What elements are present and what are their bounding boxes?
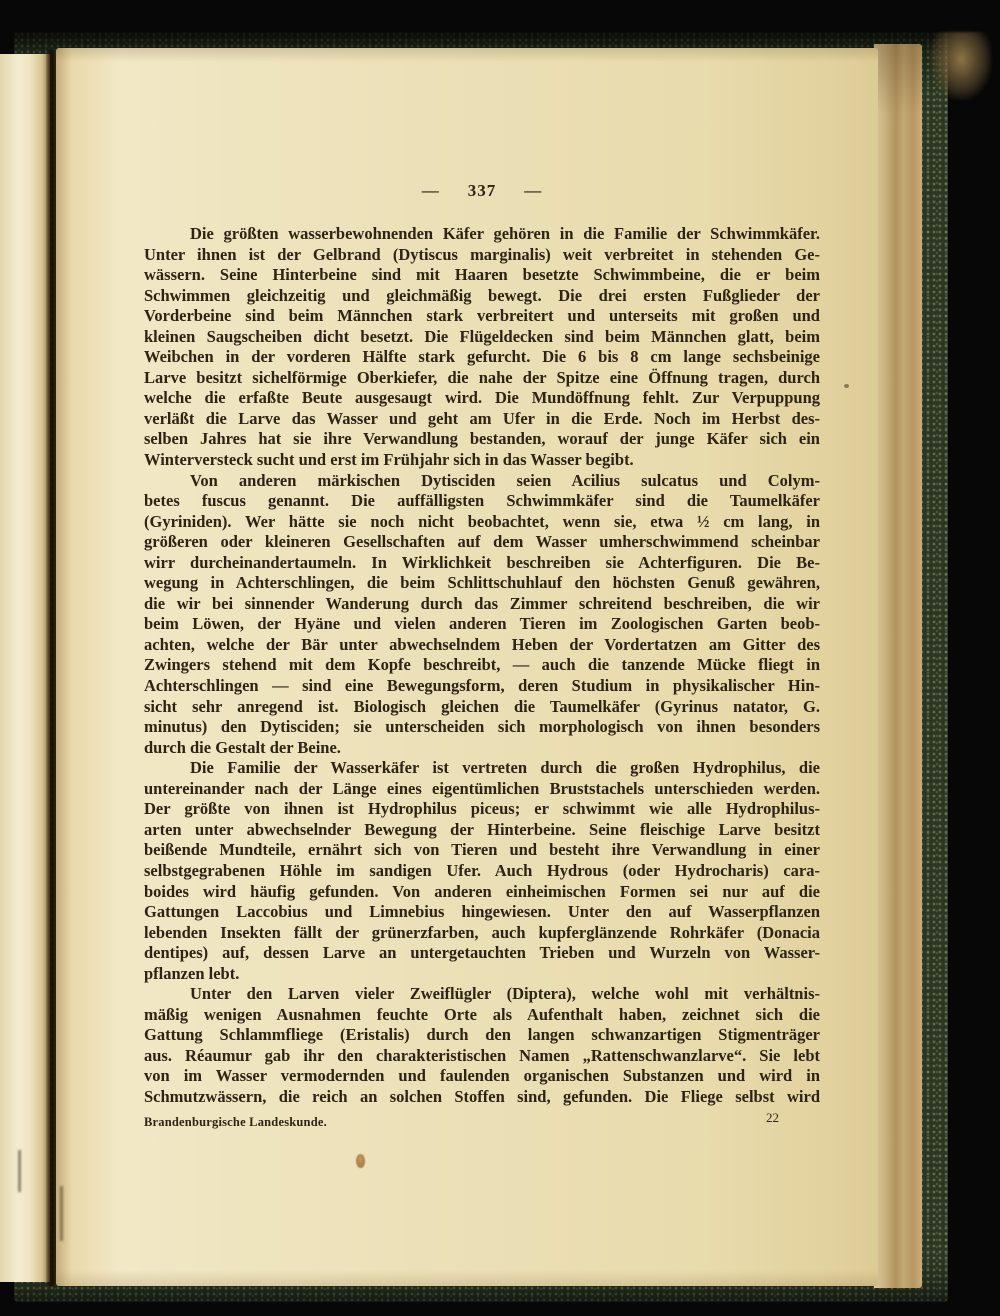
header-dash-right: — (524, 181, 542, 201)
text-line: Die größten wasserbewohnenden Käfer gehö… (144, 224, 820, 245)
text-line: selbstgegrabenen Höhle im sandigen Ufer.… (144, 861, 820, 882)
text-line: arten unter abwechselnder Bewegung der H… (144, 820, 820, 841)
text-line: Schmutzwässern, die reich an solchen Sto… (144, 1087, 820, 1108)
text-line: lebenden Insekten fällt der grünerzfarbe… (144, 923, 820, 944)
stain-mark (356, 1154, 365, 1168)
text-line: Zwingers stehend mit dem Kopfe beschreib… (144, 655, 820, 676)
smudge-mark (60, 1186, 63, 1241)
text-line: Von anderen märkischen Dytisciden seien … (144, 471, 820, 492)
text-line: Schwimmen gleichzeitig und gleichmäßig b… (144, 286, 820, 307)
text-line: betes fuscus genannt. Die auffälligsten … (144, 491, 820, 512)
text-line: durch die Gestalt der Beine. (144, 738, 820, 759)
text-line: wässern. Seine Hinterbeine sind mit Haar… (144, 265, 820, 286)
text-line: von im Wasser vermodernden und faulenden… (144, 1066, 820, 1087)
page-footer: Brandenburgische Landeskunde. 22 (144, 1113, 820, 1135)
text-line: Gattungen Laccobius und Limnebius hingew… (144, 902, 820, 923)
text-line: beißende Mundteile, ernährt sich von Tie… (144, 840, 820, 861)
cover-worn-corner (930, 32, 992, 100)
text-line: Vorderbeine sind beim Männchen stark ver… (144, 306, 820, 327)
previous-page-edge (0, 54, 50, 1282)
footer-sheet-number: 22 (766, 1110, 779, 1126)
book-page: — 337 — Die größten wasserbewohnenden Kä… (56, 48, 878, 1286)
page-header: — 337 — (144, 181, 820, 201)
text-line: Gattung Schlammfliege (Eristalis) durch … (144, 1025, 820, 1046)
text-line: Unter ihnen ist der Gelbrand (Dytiscus m… (144, 245, 820, 266)
book-photo: — 337 — Die größten wasserbewohnenden Kä… (0, 0, 1000, 1316)
text-line: die wir bei sinnender Wanderung durch da… (144, 594, 820, 615)
text-line: dentipes) auf, dessen Larve an untergeta… (144, 943, 820, 964)
text-line: aus. Réaumur gab ihr den charakteristisc… (144, 1046, 820, 1067)
text-line: Weibchen in der vorderen Hälfte stark ge… (144, 347, 820, 368)
text-line: mäßig wenigen Ausnahmen feuchte Orte als… (144, 1005, 820, 1026)
text-line: sicht sehr anregend ist. Biologisch glei… (144, 697, 820, 718)
text-column: — 337 — Die größten wasserbewohnenden Kä… (144, 48, 820, 1135)
text-line: wegung in Achterschlingen, die beim Schl… (144, 573, 820, 594)
speck-mark (844, 384, 849, 388)
smudge-mark (18, 1150, 21, 1192)
text-line: Achterschlingen — sind eine Bewegungsfor… (144, 676, 820, 697)
text-line: achten, welche der Bär unter abwechselnd… (144, 635, 820, 656)
header-dash-left: — (422, 181, 440, 201)
text-line: boides wird häufig gefunden. Von anderen… (144, 882, 820, 903)
text-line: Die Familie der Wasserkäfer ist vertrete… (144, 758, 820, 779)
text-line: Der größte von ihnen ist Hydrophilus pic… (144, 799, 820, 820)
text-line: wirr durcheinandertaumeln. In Wirklichke… (144, 553, 820, 574)
text-line: untereinander nach der Länge eines eigen… (144, 779, 820, 800)
text-line: Winterversteck sucht und erst im Frühjah… (144, 450, 820, 471)
text-line: pflanzen lebt. (144, 964, 820, 985)
text-line: kleinen Saugscheiben dicht besetzt. Die … (144, 327, 820, 348)
text-line: welche die erfaßte Beute ausgesaugt wird… (144, 388, 820, 409)
text-line: Larve besitzt sichelförmige Oberkiefer, … (144, 368, 820, 389)
text-line: minutus) den Dytisciden; sie unterscheid… (144, 717, 820, 738)
page-number: 337 (468, 181, 497, 201)
footer-signature: Brandenburgische Landeskunde. (144, 1115, 327, 1129)
body-text: Die größten wasserbewohnenden Käfer gehö… (144, 224, 820, 1108)
text-line: beim Löwen, der Hyäne und vielen anderen… (144, 614, 820, 635)
book-page-edges (874, 44, 922, 1288)
text-line: größeren oder kleineren Gesellschaften a… (144, 532, 820, 553)
text-line: Unter den Larven vieler Zweiflügler (Dip… (144, 984, 820, 1005)
text-line: selben Jahres hat sie ihre Verwandlung b… (144, 429, 820, 450)
text-line: verläßt die Larve das Wasser und geht am… (144, 409, 820, 430)
text-line: (Gyriniden). Wer hätte sie noch nicht be… (144, 512, 820, 533)
